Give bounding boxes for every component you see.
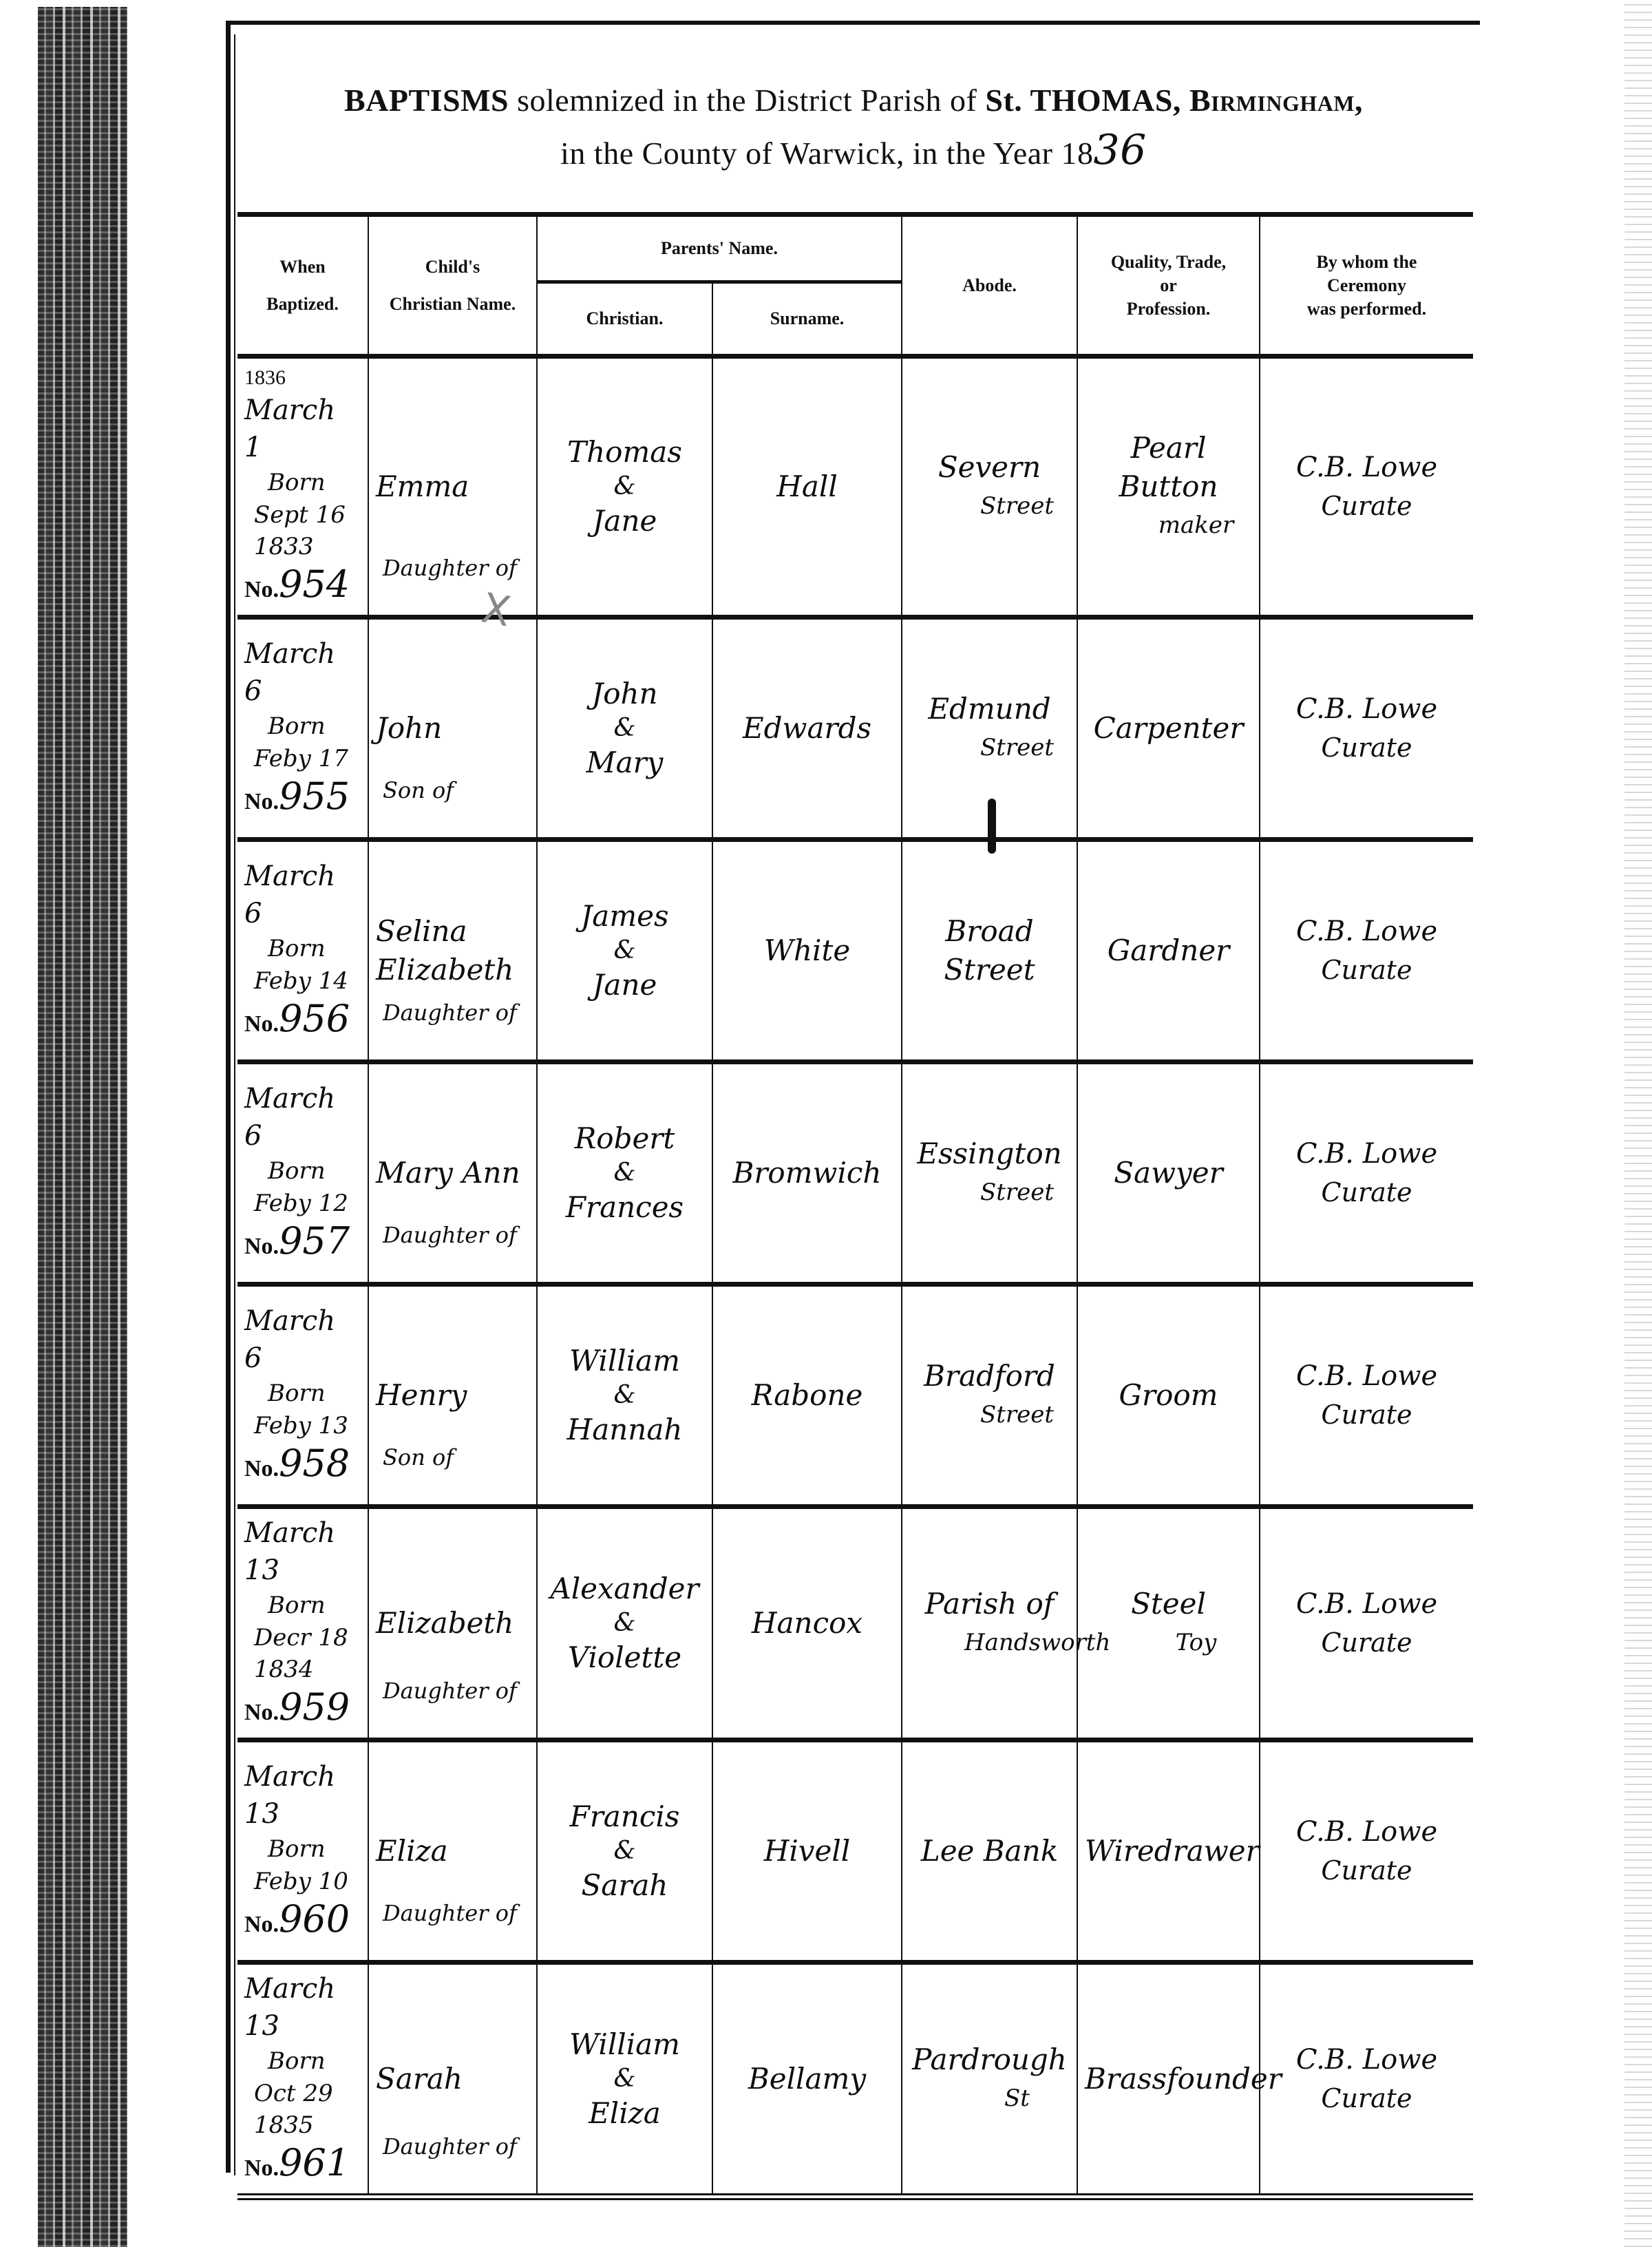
minister-signature: C.B. Lowe (1267, 912, 1466, 951)
surname: Bromwich (732, 1156, 881, 1190)
ampersand: & (544, 2064, 705, 2094)
birth-date: Feby 14 (244, 965, 361, 997)
mother-name: Jane (544, 966, 705, 1004)
father-name: William (544, 1342, 705, 1380)
minister-signature: C.B. Lowe (1267, 2040, 1466, 2079)
cell-trade: Brassfounder (1077, 1963, 1260, 2197)
surname: Rabone (752, 1378, 863, 1412)
baptism-date: March 13 (244, 1515, 361, 1589)
abode-line-1: Essington (917, 1137, 1061, 1170)
cell-when-baptized: 1836 March 1 Born Sept 16 1833 No.954 (237, 357, 368, 618)
baptism-date: March 6 (244, 1080, 361, 1154)
title-line-1: BAPTISMS solemnized in the District Pari… (237, 76, 1470, 125)
entry-number: No.954 (244, 565, 361, 609)
cell-parents-christian: Thomas & Jane (537, 357, 712, 618)
table-row: March 13 Born Decr 18 1834 No.959 Elizab… (237, 1507, 1473, 1740)
relation: Son of (383, 771, 454, 810)
cell-minister: C.B. Lowe Curate (1260, 1963, 1473, 2197)
cell-surname: Hancox (712, 1507, 902, 1740)
cell-minister: C.B. Lowe Curate (1260, 840, 1473, 1062)
ampersand: & (544, 472, 705, 502)
cell-surname: White (712, 840, 902, 1062)
minister-title: Curate (1267, 487, 1466, 525)
abode-line-1: Severn (938, 450, 1041, 484)
cell-trade: Pearl Button maker (1077, 357, 1260, 618)
header-child-name: Child's Christian Name. (368, 215, 537, 357)
entry-number: No.955 (244, 777, 361, 821)
birth-date: Decr 18 1834 (244, 1622, 361, 1685)
entry-number-value: 961 (279, 2141, 350, 2184)
trade-line-1: Wiredrawer (1085, 1834, 1260, 1868)
cell-trade: Steel Toy (1077, 1507, 1260, 1740)
trade-line-2: maker (1085, 506, 1252, 545)
abode-line-2: Street (909, 1395, 1070, 1434)
cell-minister: C.B. Lowe Curate (1260, 1285, 1473, 1507)
cell-when-baptized: March 6 Born Feby 13 No.958 (237, 1285, 368, 1507)
born-label: Born (244, 466, 361, 499)
cell-surname: Rabone (712, 1285, 902, 1507)
entry-number-label: No. (244, 1700, 279, 1725)
cell-parents-christian: Robert & Frances (537, 1062, 712, 1285)
abode-line-2: Street (909, 728, 1070, 767)
cell-child-name: John Son of (368, 618, 537, 840)
cell-when-baptized: March 13 Born Oct 29 1835 No.961 (237, 1963, 368, 2197)
cell-when-baptized: March 6 Born Feby 14 No.956 (237, 840, 368, 1062)
trade-line-1: Brassfounder (1085, 2062, 1282, 2096)
year-prefix: 1836 (244, 364, 361, 392)
ampersand: & (544, 1608, 705, 1638)
child-name: Mary Ann (376, 1154, 529, 1192)
father-name: Thomas (544, 433, 705, 472)
cell-abode: Pardrough St (902, 1963, 1077, 2197)
trade-line-1: Pearl Button (1119, 431, 1218, 503)
cell-minister: C.B. Lowe Curate (1260, 618, 1473, 840)
minister-title: Curate (1267, 2079, 1466, 2118)
child-name: Selina Elizabeth (376, 912, 529, 989)
header-parents-name: Parents' Name. (537, 215, 902, 282)
baptism-date: March 6 (244, 635, 361, 710)
cell-child-name: Sarah Daughter of (368, 1963, 537, 2197)
table-row: 1836 March 1 Born Sept 16 1833 No.954 Em… (237, 357, 1473, 618)
abode-line-1: Edmund (928, 692, 1050, 726)
trade-line-1: Groom (1119, 1378, 1218, 1412)
relation: Daughter of (383, 549, 517, 587)
cell-parents-christian: Francis & Sarah (537, 1740, 712, 1963)
minister-title: Curate (1267, 728, 1466, 767)
child-name: Henry (376, 1376, 529, 1415)
father-name: John (544, 675, 705, 713)
mother-name: Violette (544, 1638, 705, 1677)
surname: Bellamy (748, 2062, 866, 2096)
table-row: March 6 Born Feby 14 No.956 Selina Eliza… (237, 840, 1473, 1062)
abode-line-2: Handsworth (909, 1623, 1070, 1662)
born-label: Born (244, 1377, 361, 1410)
birth-date: Feby 12 (244, 1188, 361, 1219)
birth-date: Feby 13 (244, 1410, 361, 1442)
cell-minister: C.B. Lowe Curate (1260, 1507, 1473, 1740)
birth-date: Oct 29 1835 (244, 2078, 361, 2141)
born-label: Born (244, 2045, 361, 2078)
entry-number: No.957 (244, 1222, 361, 1266)
entry-number: No.961 (244, 2144, 361, 2188)
entry-number: No.959 (244, 1688, 361, 1732)
child-name: John (376, 709, 529, 748)
entry-number-value: 960 (279, 1897, 350, 1941)
cell-surname: Bromwich (712, 1062, 902, 1285)
cell-child-name: Eliza Daughter of (368, 1740, 537, 1963)
cell-child-name: Mary Ann Daughter of (368, 1062, 537, 1285)
entry-number-value: 957 (279, 1219, 350, 1263)
cell-minister: C.B. Lowe Curate (1260, 357, 1473, 618)
cell-abode: Bradford Street (902, 1285, 1077, 1507)
table-row: March 6 Born Feby 12 No.957 Mary Ann Dau… (237, 1062, 1473, 1285)
cell-parents-christian: John & Mary (537, 618, 712, 840)
entry-number-label: No. (244, 789, 279, 814)
ampersand: & (544, 713, 705, 743)
book-binding-edge (38, 7, 127, 2247)
cell-surname: Hivell (712, 1740, 902, 1963)
minister-title: Curate (1267, 1395, 1466, 1434)
abode-line-2: Street (909, 487, 1070, 525)
cell-when-baptized: March 6 Born Feby 17 No.955 (237, 618, 368, 840)
entry-number-value: 958 (279, 1442, 350, 1485)
abode-line-1: Bradford (924, 1359, 1055, 1393)
cell-parents-christian: James & Jane (537, 840, 712, 1062)
mother-name: Sarah (544, 1866, 705, 1905)
minister-signature: C.B. Lowe (1267, 1585, 1466, 1623)
table-row: March 6 Born Feby 17 No.955 John Son of … (237, 618, 1473, 840)
table-row: March 13 Born Feby 10 No.960 Eliza Daugh… (237, 1740, 1473, 1963)
cell-parents-christian: William & Eliza (537, 1963, 712, 2197)
table-row: March 6 Born Feby 13 No.958 Henry Son of… (237, 1285, 1473, 1507)
table-row: March 13 Born Oct 29 1835 No.961 Sarah D… (237, 1963, 1473, 2197)
relation: Daughter of (383, 1216, 517, 1254)
father-name: Robert (544, 1119, 705, 1158)
entry-number-value: 956 (279, 997, 350, 1040)
entry-number-value: 959 (279, 1685, 350, 1729)
father-name: William (544, 2025, 705, 2064)
entry-number-label: No. (244, 2155, 279, 2181)
abode-line-1: Parish of (925, 1587, 1055, 1621)
baptism-register-table: When Baptized. Child's Christian Name. P… (237, 212, 1473, 2200)
cell-abode: Essington Street (902, 1062, 1077, 1285)
cell-child-name: Henry Son of (368, 1285, 537, 1507)
ampersand: & (544, 1836, 705, 1866)
trade-line-1: Steel (1131, 1587, 1206, 1621)
baptism-date: March 6 (244, 1302, 361, 1377)
father-name: Alexander (544, 1570, 705, 1608)
baptism-date: March 1 (244, 392, 361, 466)
father-name: James (544, 897, 705, 936)
cell-abode: Lee Bank (902, 1740, 1077, 1963)
page-inner-rule (234, 34, 235, 2175)
child-name: Elizabeth (376, 1604, 529, 1643)
abode-line-1: Pardrough (912, 2043, 1067, 2076)
minister-title: Curate (1267, 1173, 1466, 1212)
relation: Daughter of (383, 1671, 517, 1710)
minister-signature: C.B. Lowe (1267, 1813, 1466, 1851)
cell-trade: Groom (1077, 1285, 1260, 1507)
cell-abode: Parish of Handsworth (902, 1507, 1077, 1740)
entry-number-label: No. (244, 1456, 279, 1481)
minister-title: Curate (1267, 951, 1466, 989)
title-baptisms: BAPTISMS (344, 83, 509, 118)
ampersand: & (544, 936, 705, 966)
cell-trade: Gardner (1077, 840, 1260, 1062)
header-when-baptized: When Baptized. (237, 215, 368, 357)
relation: Daughter of (383, 993, 517, 1032)
surname: White (764, 933, 850, 967)
relation: Daughter of (383, 1894, 517, 1932)
birth-date: Sept 16 1833 (244, 499, 361, 562)
header-row: When Baptized. Child's Christian Name. P… (237, 215, 1473, 282)
ampersand: & (544, 1380, 705, 1411)
child-name: Eliza (376, 1832, 529, 1870)
born-label: Born (244, 710, 361, 743)
entry-number-value: 954 (279, 562, 350, 606)
title-parish: St. THOMAS, (985, 83, 1181, 118)
ampersand: & (544, 1158, 705, 1188)
entry-number-value: 955 (279, 774, 350, 818)
title-solemnized: solemnized in the District Parish of (509, 83, 985, 118)
cell-child-name: Elizabeth Daughter of (368, 1507, 537, 1740)
born-label: Born (244, 1589, 361, 1622)
born-label: Born (244, 1154, 361, 1188)
relation: Son of (383, 1438, 454, 1477)
title-county: in the County of Warwick, in the Year 18 (560, 136, 1093, 171)
pencil-x-mark: X (478, 587, 527, 635)
child-name: Emma (376, 467, 529, 506)
birth-date: Feby 17 (244, 743, 361, 774)
entry-number-label: No. (244, 1234, 279, 1259)
title-city: Birmingham, (1181, 83, 1363, 118)
cell-when-baptized: March 6 Born Feby 12 No.957 (237, 1062, 368, 1285)
header-trade: Quality, Trade, or Profession. (1077, 215, 1260, 357)
mother-name: Jane (544, 502, 705, 540)
minister-signature: C.B. Lowe (1267, 448, 1466, 487)
minister-signature: C.B. Lowe (1267, 690, 1466, 728)
cell-trade: Wiredrawer (1077, 1740, 1260, 1963)
entry-number: No.960 (244, 1900, 361, 1944)
ink-blot (988, 799, 996, 854)
cell-minister: C.B. Lowe Curate (1260, 1062, 1473, 1285)
born-label: Born (244, 932, 361, 965)
cell-surname: Edwards (712, 618, 902, 840)
entry-number-label: No. (244, 1912, 279, 1937)
header-parents-christian: Christian. (537, 282, 712, 357)
cell-abode: Severn Street (902, 357, 1077, 618)
trade-line-1: Sawyer (1114, 1156, 1222, 1190)
father-name: Francis (544, 1797, 705, 1836)
header-abode: Abode. (902, 215, 1077, 357)
minister-title: Curate (1267, 1623, 1466, 1662)
mother-name: Eliza (544, 2094, 705, 2133)
surname: Hivell (764, 1834, 851, 1868)
mother-name: Mary (544, 743, 705, 782)
cell-parents-christian: Alexander & Violette (537, 1507, 712, 1740)
page-title: BAPTISMS solemnized in the District Pari… (237, 76, 1470, 178)
relation: Daughter of (383, 2127, 517, 2166)
scan-edge-noise (1624, 0, 1652, 2247)
entry-number: No.958 (244, 1444, 361, 1488)
trade-line-2: Toy (1085, 1623, 1252, 1662)
birth-date: Feby 10 (244, 1866, 361, 1897)
cell-child-name: Selina Elizabeth Daughter of (368, 840, 537, 1062)
abode-line-2: Street (909, 1173, 1070, 1212)
surname: Edwards (743, 711, 871, 745)
mother-name: Frances (544, 1188, 705, 1227)
mother-name: Hannah (544, 1411, 705, 1449)
header-parents-surname: Surname. (712, 282, 902, 357)
surname: Hall (776, 470, 838, 503)
cell-child-name: Emma Daughter of (368, 357, 537, 618)
title-year-handwritten: 36 (1094, 126, 1147, 174)
cell-when-baptized: March 13 Born Decr 18 1834 No.959 (237, 1507, 368, 1740)
cell-surname: Hall (712, 357, 902, 618)
cell-trade: Sawyer (1077, 1062, 1260, 1285)
baptism-date: March 6 (244, 858, 361, 932)
minister-signature: C.B. Lowe (1267, 1135, 1466, 1173)
entry-number-label: No. (244, 1011, 279, 1037)
abode-line-2: St (909, 2079, 1070, 2118)
born-label: Born (244, 1833, 361, 1866)
minister-signature: C.B. Lowe (1267, 1357, 1466, 1395)
cell-trade: Carpenter (1077, 618, 1260, 840)
cell-abode: Broad Street (902, 840, 1077, 1062)
surname: Hancox (752, 1606, 862, 1640)
baptism-date: March 13 (244, 1970, 361, 2045)
entry-number: No.956 (244, 1000, 361, 1044)
cell-parents-christian: William & Hannah (537, 1285, 712, 1507)
cell-surname: Bellamy (712, 1963, 902, 2197)
trade-line-1: Gardner (1108, 933, 1230, 967)
abode-line-1: Lee Bank (921, 1834, 1058, 1868)
cell-minister: C.B. Lowe Curate (1260, 1740, 1473, 1963)
header-minister: By whom the Ceremony was performed. (1260, 215, 1473, 357)
title-line-2: in the County of Warwick, in the Year 18… (237, 125, 1470, 178)
trade-line-1: Carpenter (1094, 711, 1244, 745)
entry-number-label: No. (244, 577, 279, 602)
child-name: Sarah (376, 2060, 529, 2098)
baptism-date: March 13 (244, 1758, 361, 1833)
cell-when-baptized: March 13 Born Feby 10 No.960 (237, 1740, 368, 1963)
abode-line-1: Broad Street (944, 914, 1035, 987)
minister-title: Curate (1267, 1851, 1466, 1890)
